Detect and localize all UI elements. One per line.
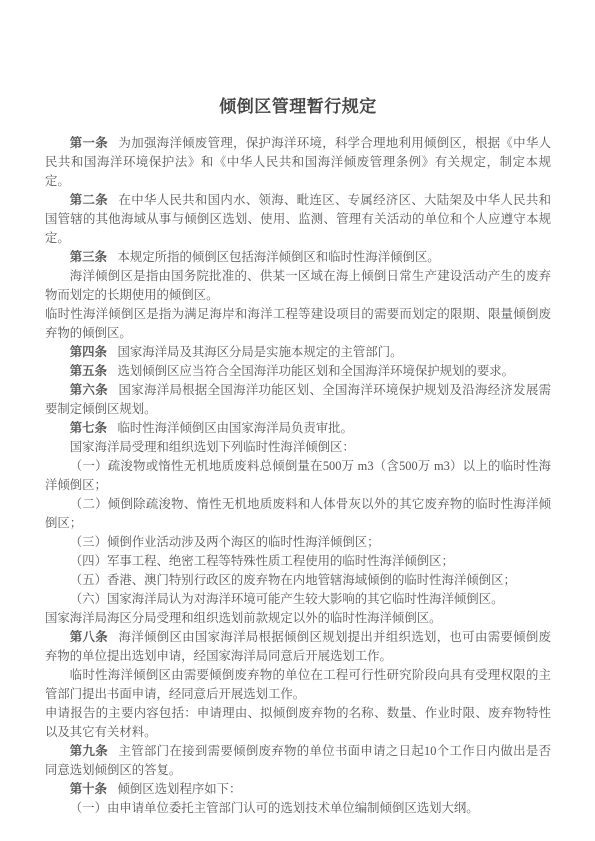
article-number-label: 第八条 [70,630,108,644]
paragraph-text: 申请报告的主要内容包括：申请理由、拟倾倒废弃物的名称、数量、作业时限、废弃物特性… [45,706,551,739]
document-paragraph: 第九条主管部门在接到需要倾倒废弃物的单位书面申请之日起10个工作日内做出是否同意… [45,742,551,780]
article-number-label: 第七条 [70,421,107,435]
paragraph-text: （一）由申请单位委托主管部门认可的选划技术单位编制倾倒区选划大纲。 [70,801,479,815]
paragraph-text: 海洋倾倒区由国家海洋局根据倾倒区规划提出并组织选划，也可由需要倾倒废弃物的单位提… [45,630,551,663]
document-paragraph: （三）倾倒作业活动涉及两个海区的临时性海洋倾倒区； [45,533,551,552]
paragraph-text: 为加强海洋倾废管理，保护海洋环境，科学合理地利用倾倒区，根据《中华人民共和国海洋… [45,136,551,188]
paragraph-text: 海洋倾倒区是指由国务院批准的、供某一区域在海上倾倒日常生产建设活动产生的废弃物而… [45,269,551,302]
paragraph-text: 本规定所指的倾倒区包括海洋倾倒区和临时性海洋倾倒区。 [118,250,440,264]
document-paragraph: 第八条海洋倾倒区由国家海洋局根据倾倒区规划提出并组织选划，也可由需要倾倒废弃物的… [45,628,551,666]
document-paragraph: 临时性海洋倾倒区是指为满足海岸和海洋工程等建设项目的需要而划定的限期、限量倾倒废… [45,305,551,343]
paragraph-text: （二）倾倒除疏浚物、惰性无机地质废料和人体骨灰以外的其它废弃物的临时性海洋倾倒区… [45,497,551,530]
document-paragraph: （一）由申请单位委托主管部门认可的选划技术单位编制倾倒区选划大纲。 [45,799,551,818]
document-paragraph: 第三条本规定所指的倾倒区包括海洋倾倒区和临时性海洋倾倒区。 [45,248,551,267]
document-paragraph: （五）香港、澳门特别行政区的废弃物在内地管辖海域倾倒的临时性海洋倾倒区； [45,571,551,590]
document-paragraph: 第二条在中华人民共和国内水、领海、毗连区、专属经济区、大陆架及中华人民共和国管辖… [45,191,551,248]
paragraph-text: 国家海洋局受理和组织选划下列临时性海洋倾倒区： [70,440,355,454]
document-paragraph: 第四条国家海洋局及其海区分局是实施本规定的主管部门。 [45,343,551,362]
paragraph-text: 临时性海洋倾倒区由国家海洋局负责审批。 [118,421,353,435]
document-page: 倾倒区管理暂行规定 第一条为加强海洋倾废管理，保护海洋环境，科学合理地利用倾倒区… [0,0,595,841]
paragraph-text: 临时性海洋倾倒区由需要倾倒废弃物的单位在工程可行性研究阶段向具有受理权限的主管部… [45,668,551,701]
document-body: 第一条为加强海洋倾废管理，保护海洋环境，科学合理地利用倾倒区，根据《中华人民共和… [45,134,551,818]
article-number-label: 第二条 [70,193,108,207]
paragraph-text: （一）疏浚物或惰性无机地质废料总倾倒量在500万 m3（含500万 m3）以上的… [45,459,551,492]
document-title: 倾倒区管理暂行规定 [45,96,551,118]
article-number-label: 第六条 [70,383,108,397]
document-paragraph: 临时性海洋倾倒区由需要倾倒废弃物的单位在工程可行性研究阶段向具有受理权限的主管部… [45,666,551,704]
paragraph-text: 国家海洋局海区分局受理和组织选划前款规定以外的临时性海洋倾倒区。 [45,611,442,625]
document-paragraph: 国家海洋局海区分局受理和组织选划前款规定以外的临时性海洋倾倒区。 [45,609,551,628]
paragraph-text: 选划倾倒区应当符合全国海洋功能区划和全国海洋环境保护规划的要求。 [118,364,515,378]
article-number-label: 第一条 [70,136,108,150]
article-number-label: 第三条 [70,250,107,264]
paragraph-text: 临时性海洋倾倒区是指为满足海岸和海洋工程等建设项目的需要而划定的限期、限量倾倒废… [45,307,551,340]
document-paragraph: 第六条国家海洋局根据全国海洋功能区划、全国海洋环境保护规划及沿海经济发展需要制定… [45,381,551,419]
document-paragraph: （二）倾倒除疏浚物、惰性无机地质废料和人体骨灰以外的其它废弃物的临时性海洋倾倒区… [45,495,551,533]
document-paragraph: （六）国家海洋局认为对海洋环境可能产生较大影响的其它临时性海洋倾倒区。 [45,590,551,609]
paragraph-text: （四）军事工程、绝密工程等特殊性质工程使用的临时性海洋倾倒区； [70,554,454,568]
document-paragraph: 第十条倾倒区选划程序如下： [45,780,551,799]
document-paragraph: 申请报告的主要内容包括：申请理由、拟倾倒废弃物的名称、数量、作业时限、废弃物特性… [45,704,551,742]
article-number-label: 第四条 [70,345,107,359]
document-paragraph: （四）军事工程、绝密工程等特殊性质工程使用的临时性海洋倾倒区； [45,552,551,571]
document-paragraph: 海洋倾倒区是指由国务院批准的、供某一区域在海上倾倒日常生产建设活动产生的废弃物而… [45,267,551,305]
paragraph-text: 国家海洋局及其海区分局是实施本规定的主管部门。 [118,345,403,359]
document-paragraph: 第五条选划倾倒区应当符合全国海洋功能区划和全国海洋环境保护规划的要求。 [45,362,551,381]
article-number-label: 第五条 [70,364,107,378]
paragraph-text: （六）国家海洋局认为对海洋环境可能产生较大影响的其它临时性海洋倾倒区。 [70,592,504,606]
paragraph-text: 倾倒区选划程序如下： [118,782,242,796]
paragraph-text: （五）香港、澳门特别行政区的废弃物在内地管辖海域倾倒的临时性海洋倾倒区； [70,573,516,587]
document-paragraph: 国家海洋局受理和组织选划下列临时性海洋倾倒区： [45,438,551,457]
article-number-label: 第十条 [70,782,107,796]
document-paragraph: 第七条临时性海洋倾倒区由国家海洋局负责审批。 [45,419,551,438]
paragraph-text: 国家海洋局根据全国海洋功能区划、全国海洋环境保护规划及沿海经济发展需要制定倾倒区… [45,383,551,416]
article-number-label: 第九条 [70,744,108,758]
paragraph-text: （三）倾倒作业活动涉及两个海区的临时性海洋倾倒区； [70,535,380,549]
document-paragraph: （一）疏浚物或惰性无机地质废料总倾倒量在500万 m3（含500万 m3）以上的… [45,457,551,495]
paragraph-text: 主管部门在接到需要倾倒废弃物的单位书面申请之日起10个工作日内做出是否同意选划倾… [45,744,551,777]
document-paragraph: 第一条为加强海洋倾废管理，保护海洋环境，科学合理地利用倾倒区，根据《中华人民共和… [45,134,551,191]
paragraph-text: 在中华人民共和国内水、领海、毗连区、专属经济区、大陆架及中华人民共和国管辖的其他… [45,193,551,245]
